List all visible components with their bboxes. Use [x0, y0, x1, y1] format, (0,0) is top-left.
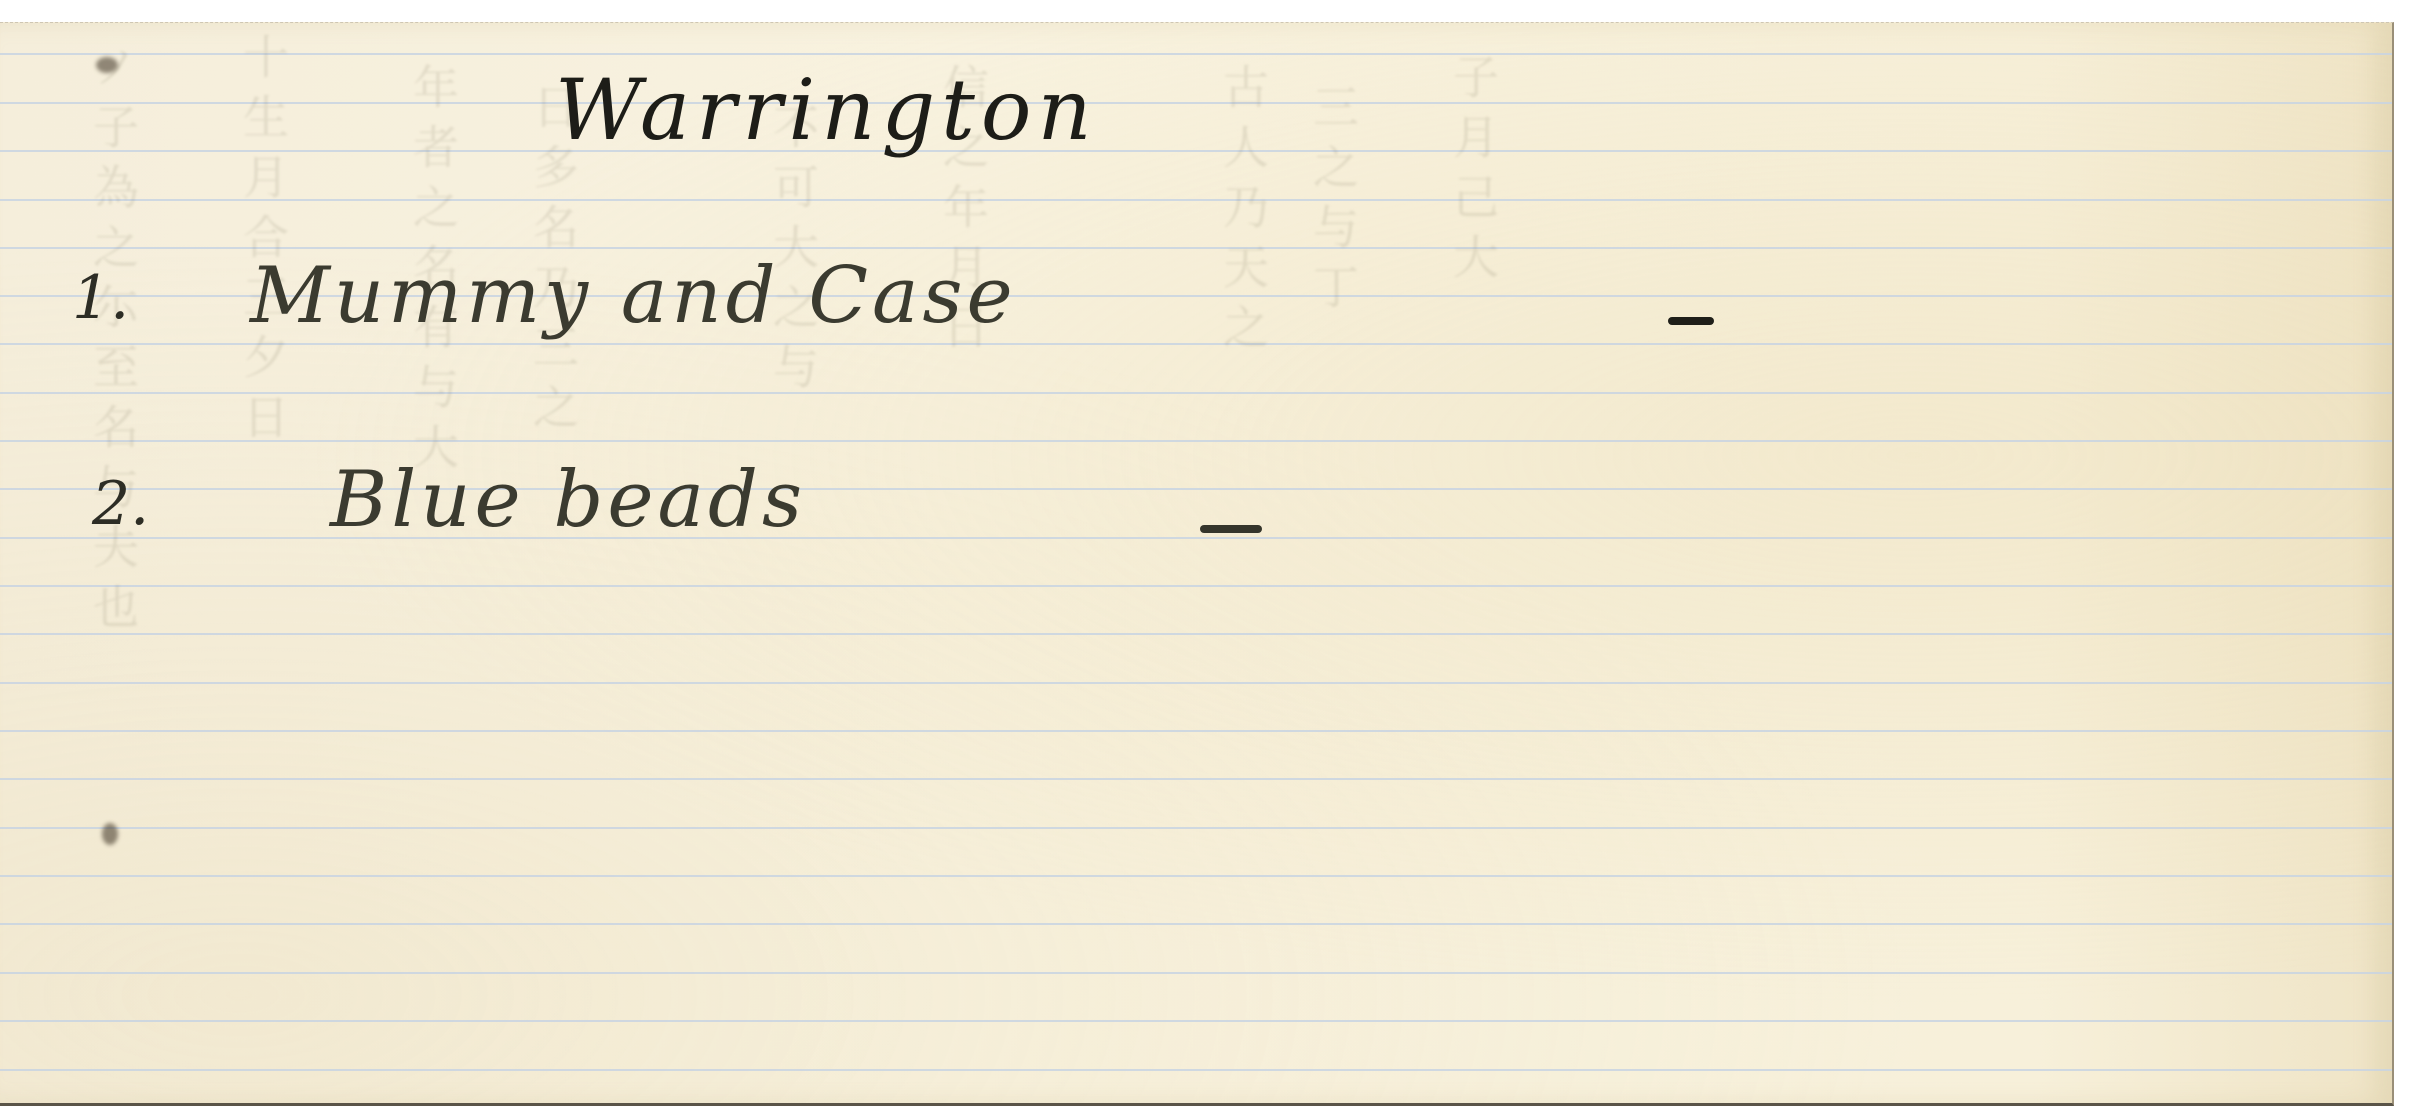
ink-smudge — [102, 823, 118, 845]
ruled-line — [0, 392, 2392, 394]
ruled-line — [0, 1069, 2392, 1071]
list-item-number: 1. — [72, 263, 129, 333]
ruled-line — [0, 102, 2392, 104]
ruled-line — [0, 633, 2392, 635]
bleed-through-column: 古人乃天之 — [1210, 63, 1276, 963]
ink-smudge — [96, 57, 118, 73]
ruled-line — [0, 343, 2392, 345]
ruled-paper-sheet: ノ子為之尓至名与夫也 十生月合三夕日 年者之名有与大 日多名乃三之 不可大之与 … — [0, 22, 2394, 1106]
ruled-line — [0, 53, 2392, 55]
bleed-through-column: 不可大之与 — [760, 103, 826, 1023]
ruled-line — [0, 682, 2392, 684]
ruled-line — [0, 199, 2392, 201]
list-item-text: Blue beads — [330, 455, 806, 545]
note-heading: Warrington — [555, 61, 1098, 159]
ruled-line — [0, 923, 2392, 925]
ruled-line — [0, 730, 2392, 732]
list-item-end-mark — [1668, 317, 1714, 325]
ruled-line — [0, 875, 2392, 877]
ruled-line — [0, 150, 2392, 152]
scanned-document: ノ子為之尓至名与夫也 十生月合三夕日 年者之名有与大 日多名乃三之 不可大之与 … — [0, 0, 2415, 1108]
list-item-number: 2. — [92, 469, 149, 539]
ruled-line — [0, 827, 2392, 829]
ruled-line — [0, 778, 2392, 780]
ruled-line — [0, 247, 2392, 249]
ruled-line — [0, 1020, 2392, 1022]
list-item-text: Mummy and Case — [250, 251, 1017, 341]
list-item-end-mark — [1200, 525, 1262, 533]
bleed-through-column: 十生月合三夕日 — [230, 33, 296, 933]
ruled-line — [0, 440, 2392, 442]
ruled-line — [0, 972, 2392, 974]
bleed-through-column: 子月己大 — [1440, 53, 1506, 613]
ruled-line — [0, 585, 2392, 587]
bleed-through-column: 三之与丁 — [1300, 83, 1366, 643]
